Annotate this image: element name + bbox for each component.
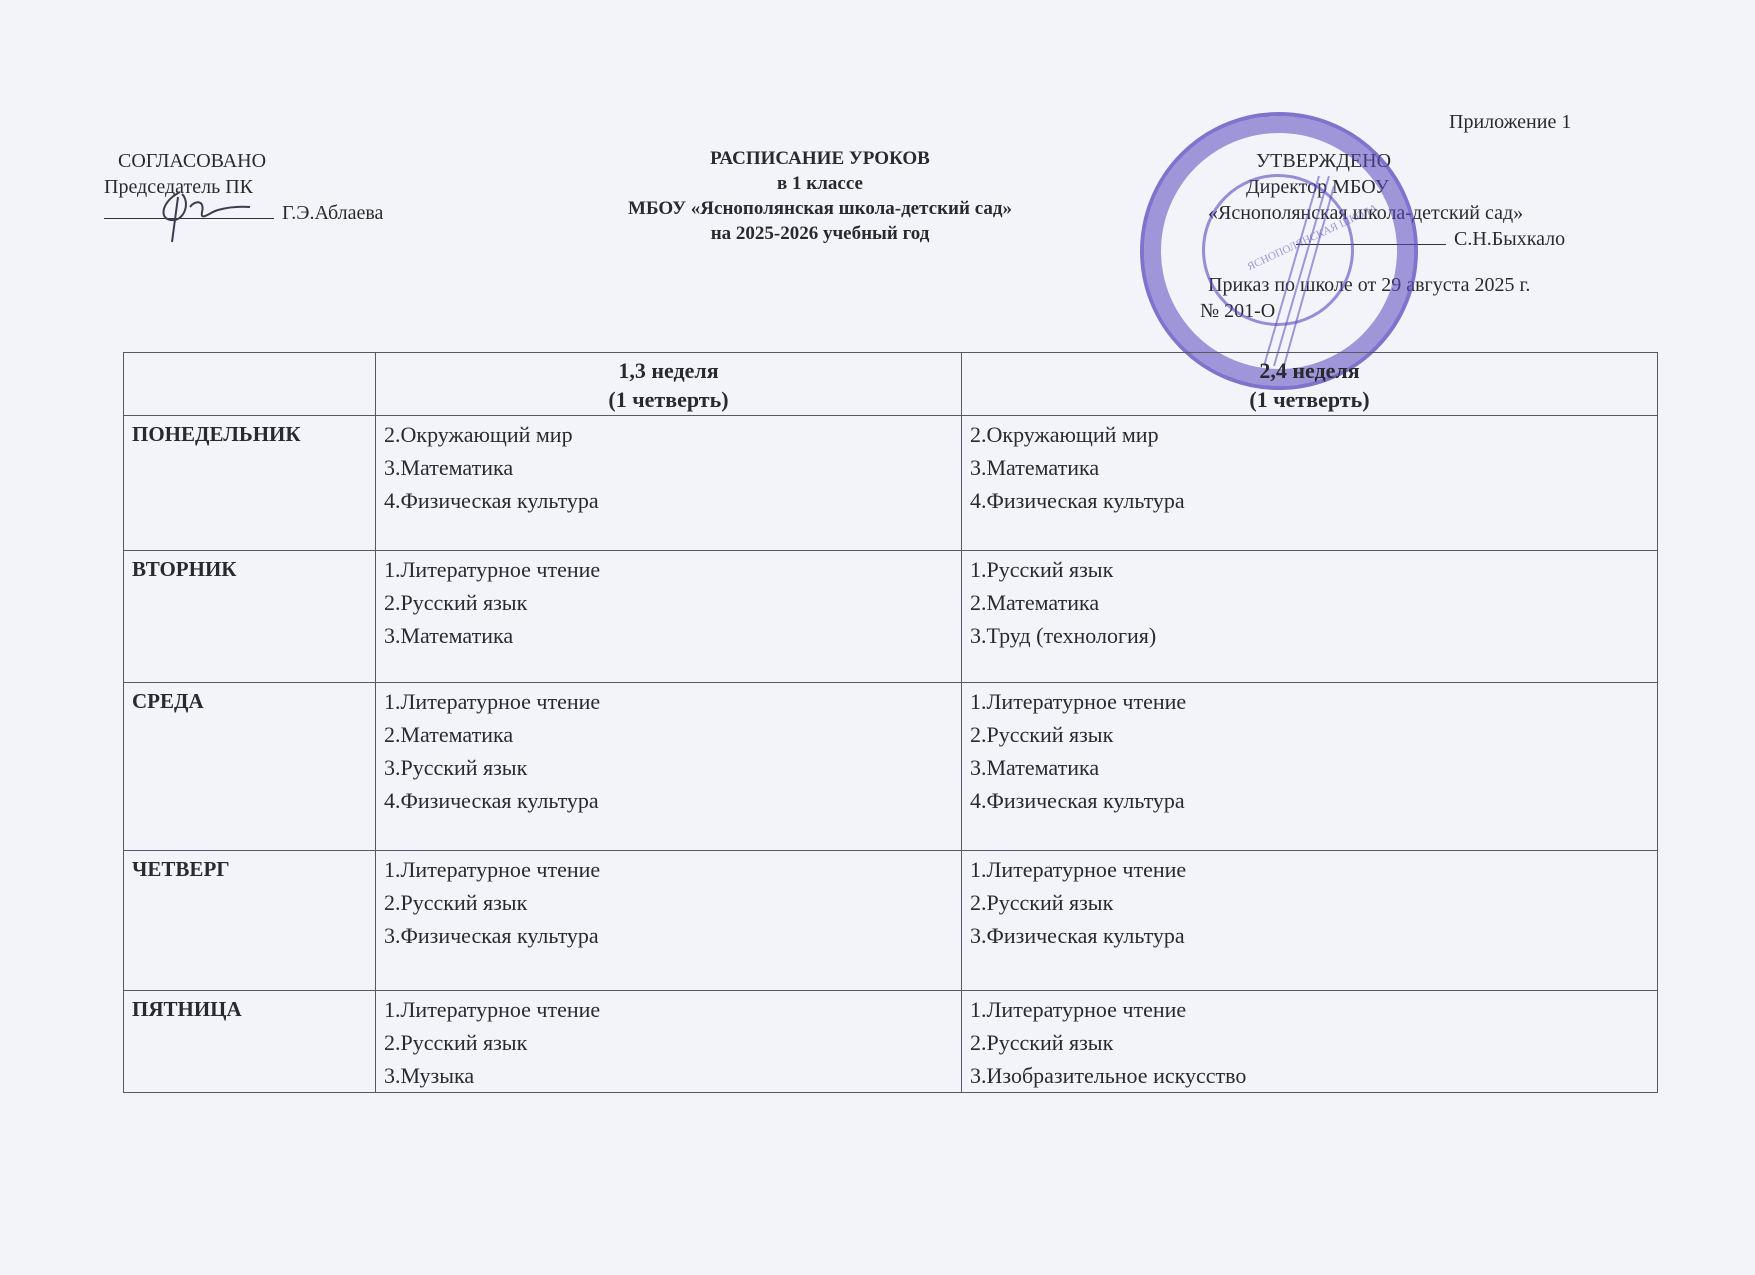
title-line-3: МБОУ «Яснополянская школа-детский сад» [560,196,1080,221]
approved-org: «Яснополянская школа-детский сад» [1196,200,1616,226]
agreed-signature-row: Г.Э.Аблаева [104,200,383,226]
lesson: 4.Физическая культура [970,484,1651,517]
approved-order-number: № 201-О [1196,298,1616,324]
header-quarter-label: (1 четверть) [968,385,1651,414]
approved-signature-row: С.Н.Быхкало [1196,226,1616,252]
header-week-2-4: 2,4 неделя (1 четверть) [962,353,1658,416]
lesson: 3.Русский язык [384,751,955,784]
lesson: 4.Физическая культура [970,784,1651,817]
lesson: 3.Труд (технология) [970,619,1651,652]
agreed-position: Председатель ПК [104,174,383,200]
approved-title: УТВЕРЖДЕНО [1196,148,1616,174]
lesson: 2.Русский язык [384,586,955,619]
lesson: 2.Русский язык [384,1026,955,1059]
lesson: 2.Русский язык [384,886,955,919]
day-label: СРЕДА [124,683,376,851]
header-week-1-3: 1,3 неделя (1 четверть) [376,353,962,416]
schedule-table: 1,3 неделя (1 четверть) 2,4 неделя (1 че… [123,352,1658,1093]
document-title: РАСПИСАНИЕ УРОКОВ в 1 классе МБОУ «Ясноп… [560,146,1080,246]
day-label: ВТОРНИК [124,551,376,683]
lessons-week-2-4: 1.Литературное чтение 2.Русский язык 3.М… [962,683,1658,851]
lesson: 1.Русский язык [970,553,1651,586]
lessons-week-2-4: 1.Литературное чтение 2.Русский язык 3.И… [962,991,1658,1093]
lesson: 2.Окружающий мир [384,418,955,451]
title-line-1: РАСПИСАНИЕ УРОКОВ [560,146,1080,171]
lessons-week-1-3: 1.Литературное чтение 2.Русский язык 3.М… [376,551,962,683]
header-week-label: 2,4 неделя [968,356,1651,385]
day-label: ПЯТНИЦА [124,991,376,1093]
approved-block: УТВЕРЖДЕНО Директор МБОУ «Яснополянская … [1196,148,1616,324]
lesson: 2.Математика [970,586,1651,619]
lessons-week-1-3: 1.Литературное чтение 2.Русский язык 3.Ф… [376,851,962,991]
lesson: 3.Математика [384,619,955,652]
lesson: 2.Русский язык [970,886,1651,919]
agreed-block: СОГЛАСОВАНО Председатель ПК Г.Э.Аблаева [104,148,383,226]
approved-name: С.Н.Быхкало [1454,228,1565,250]
lesson: 1.Литературное чтение [384,553,955,586]
title-line-4: на 2025-2026 учебный год [560,221,1080,246]
lesson: 2.Математика [384,718,955,751]
table-row-tuesday: ВТОРНИК 1.Литературное чтение 2.Русский … [124,551,1658,683]
approved-position: Директор МБОУ [1196,174,1616,200]
appendix-label: Приложение 1 [1449,111,1571,134]
signature-line [1296,226,1446,245]
approved-order: Приказ по школе от 29 августа 2025 г. [1196,272,1616,298]
lessons-week-2-4: 1.Литературное чтение 2.Русский язык 3.Ф… [962,851,1658,991]
lessons-week-2-4: 2.Окружающий мир 3.Математика 4.Физическ… [962,416,1658,551]
lesson: 3.Изобразительное искусство [970,1059,1651,1092]
lesson: 2.Русский язык [970,1026,1651,1059]
lessons-week-1-3: 1.Литературное чтение 2.Математика 3.Рус… [376,683,962,851]
title-line-2: в 1 классе [560,171,1080,196]
lesson: 3.Математика [970,751,1651,784]
lessons-week-2-4: 1.Русский язык 2.Математика 3.Труд (техн… [962,551,1658,683]
lesson: 3.Музыка [384,1059,955,1092]
lesson: 2.Окружающий мир [970,418,1651,451]
lesson: 3.Математика [384,451,955,484]
table-row-friday: ПЯТНИЦА 1.Литературное чтение 2.Русский … [124,991,1658,1093]
lesson: 3.Физическая культура [970,919,1651,952]
table-header-row: 1,3 неделя (1 четверть) 2,4 неделя (1 че… [124,353,1658,416]
lesson: 1.Литературное чтение [384,993,955,1026]
header-cell-empty [124,353,376,416]
signature-line [104,200,274,219]
agreed-name: Г.Э.Аблаева [282,202,383,224]
table-row-monday: ПОНЕДЕЛЬНИК 2.Окружающий мир 3.Математик… [124,416,1658,551]
agreed-title: СОГЛАСОВАНО [104,148,383,174]
lesson: 2.Русский язык [970,718,1651,751]
lesson: 4.Физическая культура [384,484,955,517]
lesson: 3.Физическая культура [384,919,955,952]
lesson: 1.Литературное чтение [970,685,1651,718]
lessons-week-1-3: 1.Литературное чтение 2.Русский язык 3.М… [376,991,962,1093]
lesson: 1.Литературное чтение [970,853,1651,886]
lesson: 1.Литературное чтение [970,993,1651,1026]
table-row-thursday: ЧЕТВЕРГ 1.Литературное чтение 2.Русский … [124,851,1658,991]
lesson: 1.Литературное чтение [384,853,955,886]
header-quarter-label: (1 четверть) [382,385,955,414]
lesson: 3.Математика [970,451,1651,484]
lesson: 1.Литературное чтение [384,685,955,718]
lesson: 4.Физическая культура [384,784,955,817]
lessons-week-1-3: 2.Окружающий мир 3.Математика 4.Физическ… [376,416,962,551]
header-week-label: 1,3 неделя [382,356,955,385]
day-label: ПОНЕДЕЛЬНИК [124,416,376,551]
day-label: ЧЕТВЕРГ [124,851,376,991]
table-row-wednesday: СРЕДА 1.Литературное чтение 2.Математика… [124,683,1658,851]
